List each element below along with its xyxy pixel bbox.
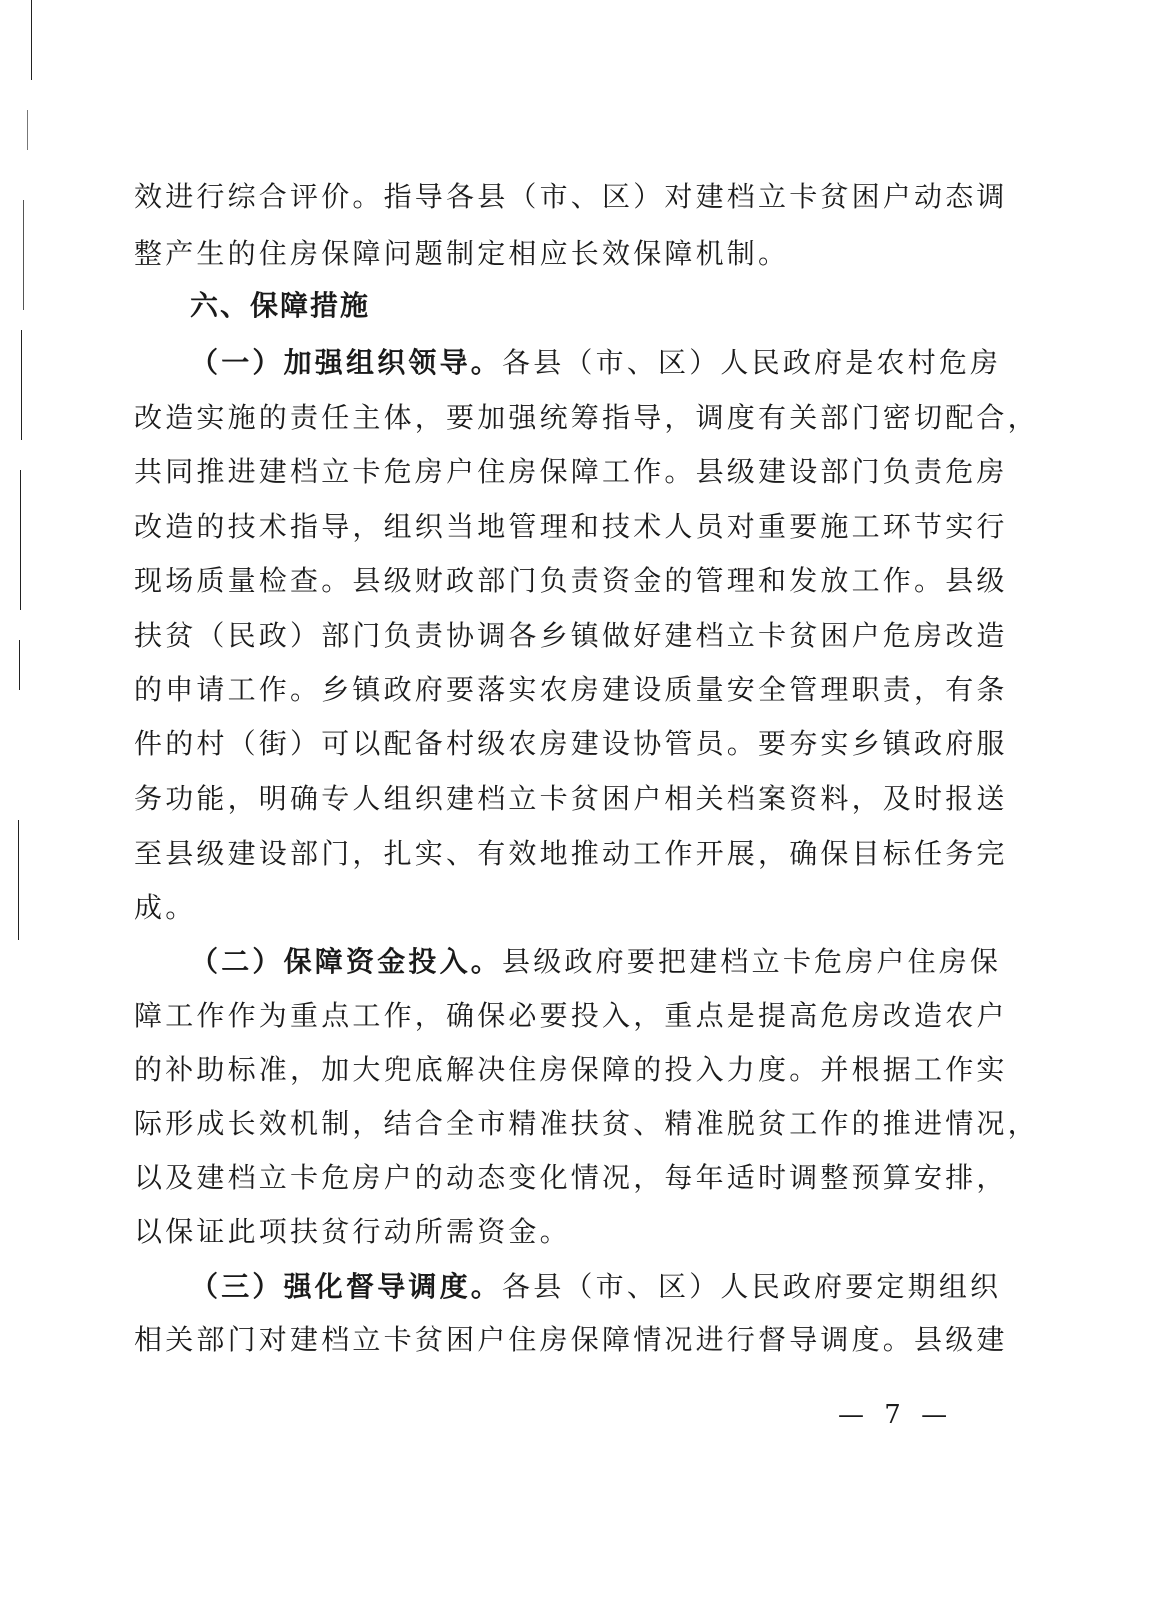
- text-line: 效进行综合评价。指导各县（市、区）对建档立卡贫困户动态调: [134, 177, 964, 217]
- scan-edge-mark: [18, 820, 19, 940]
- text-line: 件的村（街）可以配备村级农房建设协管员。要夯实乡镇政府服: [134, 724, 964, 764]
- subsection-title: （一）加强组织领导。: [190, 346, 502, 379]
- paragraph-text: 各县（市、区）人民政府要定期组织: [502, 1270, 1001, 1303]
- text-line: （三）强化督导调度。各县（市、区）人民政府要定期组织: [190, 1267, 964, 1307]
- text-line: 现场质量检查。县级财政部门负责资金的管理和发放工作。县级: [134, 561, 964, 601]
- scan-edge-mark: [27, 110, 28, 150]
- text-line: 相关部门对建档立卡贫困户住房保障情况进行督导调度。县级建: [134, 1320, 964, 1360]
- document-page: 效进行综合评价。指导各县（市、区）对建档立卡贫困户动态调 整产生的住房保障问题制…: [0, 0, 1163, 1600]
- scan-edge-mark: [31, 0, 32, 80]
- text-line: 以保证此项扶贫行动所需资金。: [134, 1212, 964, 1252]
- scan-edge-mark: [23, 200, 24, 310]
- text-line: 改造实施的责任主体，要加强统筹指导，调度有关部门密切配合，: [134, 398, 964, 438]
- text-line: 的申请工作。乡镇政府要落实农房建设质量安全管理职责，有条: [134, 670, 964, 710]
- page-number: — 7 —: [838, 1398, 953, 1432]
- text-line: 成。: [134, 888, 964, 928]
- text-line: 际形成长效机制，结合全市精准扶贫、精准脱贫工作的推进情况，: [134, 1104, 964, 1144]
- text-line: 共同推进建档立卡危房户住房保障工作。县级建设部门负责危房: [134, 452, 964, 492]
- text-line: 至县级建设部门，扎实、有效地推动工作开展，确保目标任务完: [134, 834, 964, 874]
- subsection-title: （三）强化督导调度。: [190, 1270, 502, 1303]
- scan-edge-mark: [19, 640, 20, 690]
- text-line: 障工作作为重点工作，确保必要投入，重点是提高危房改造农户: [134, 996, 964, 1036]
- paragraph-text: 县级政府要把建档立卡危房户住房保: [502, 945, 1001, 978]
- text-line: 改造的技术指导，组织当地管理和技术人员对重要施工环节实行: [134, 507, 964, 547]
- scan-edge-mark: [20, 470, 21, 610]
- paragraph-text: 各县（市、区）人民政府是农村危房: [502, 346, 1001, 379]
- text-line: 扶贫（民政）部门负责协调各乡镇做好建档立卡贫困户危房改造: [134, 616, 964, 656]
- section-heading: 六、保障措施: [190, 286, 1020, 326]
- text-line: （二）保障资金投入。县级政府要把建档立卡危房户住房保: [190, 942, 964, 982]
- scan-edge-mark: [21, 330, 22, 440]
- text-line: （一）加强组织领导。各县（市、区）人民政府是农村危房: [190, 343, 964, 383]
- text-line: 的补助标准，加大兜底解决住房保障的投入力度。并根据工作实: [134, 1050, 964, 1090]
- text-line: 以及建档立卡危房户的动态变化情况，每年适时调整预算安排，: [134, 1158, 964, 1198]
- text-line: 务功能，明确专人组织建档立卡贫困户相关档案资料，及时报送: [134, 779, 964, 819]
- text-line: 整产生的住房保障问题制定相应长效保障机制。: [134, 234, 964, 274]
- subsection-title: （二）保障资金投入。: [190, 945, 502, 978]
